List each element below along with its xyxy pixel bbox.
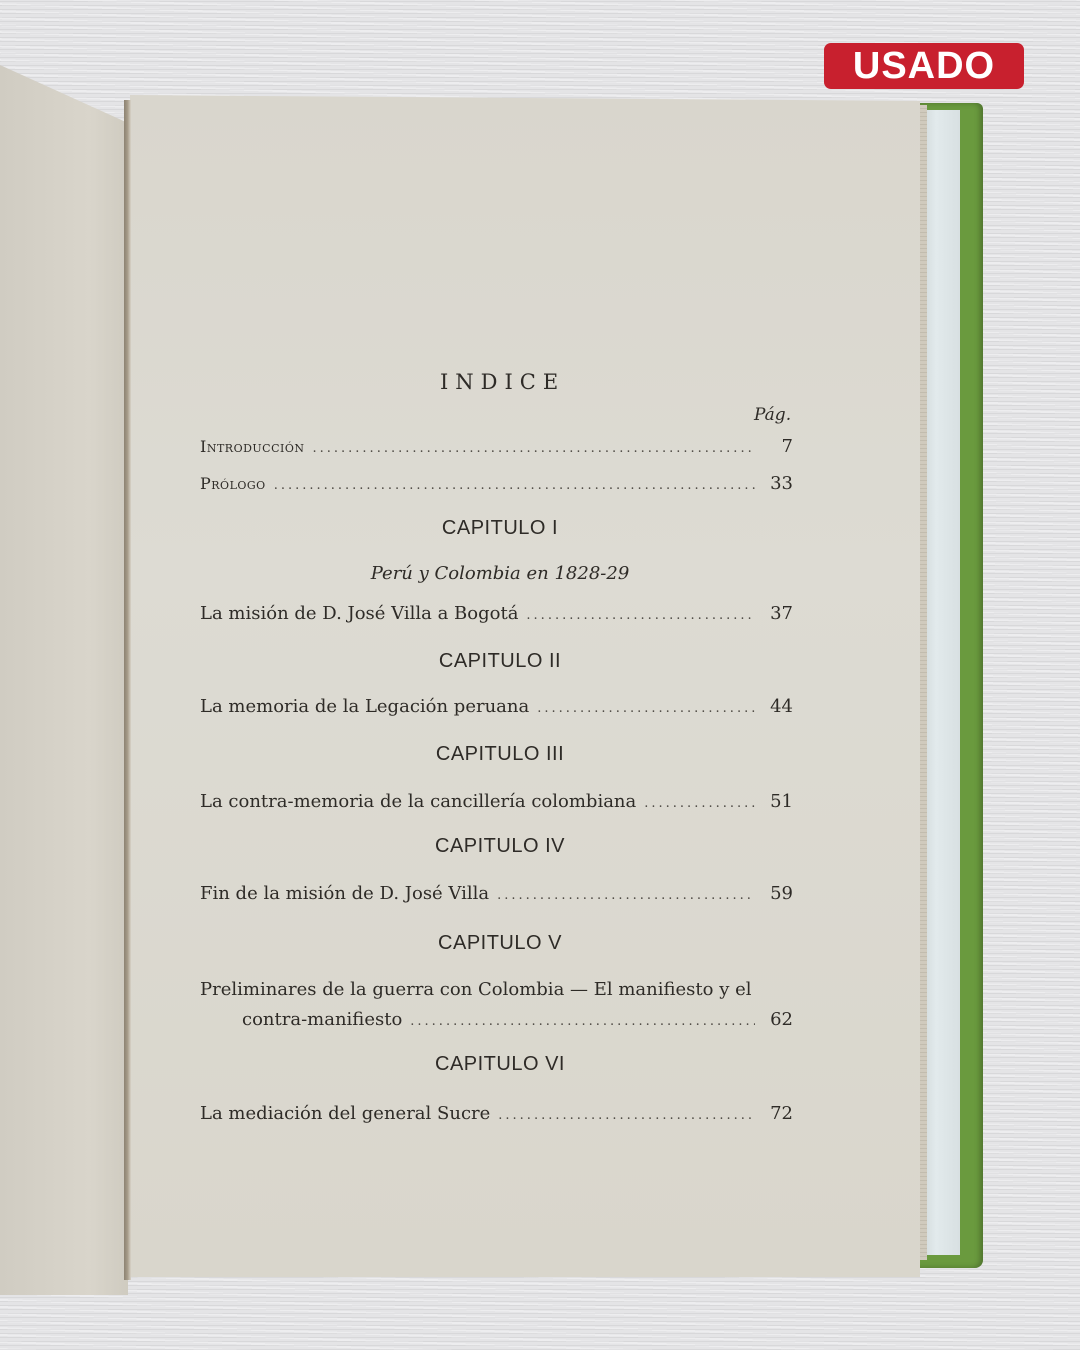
- entry-page: 7: [763, 436, 793, 457]
- dot-leader: ........................................…: [497, 888, 755, 903]
- dot-leader: ........................................…: [274, 478, 755, 493]
- dot-leader: ........................................…: [644, 796, 755, 811]
- chapter-heading-5: CAPITULO V: [200, 932, 800, 955]
- entry-label: Fin de la misión de D. José Villa: [200, 883, 489, 904]
- entry-page: 59: [763, 883, 793, 904]
- dot-leader: ........................................…: [313, 441, 756, 456]
- dot-leader: ........................................…: [526, 608, 755, 623]
- entry-label: La memoria de la Legación peruana: [200, 696, 529, 717]
- chapter-heading-4: CAPITULO IV: [200, 835, 800, 858]
- toc-entry: La contra-memoria de la cancillería colo…: [200, 791, 793, 812]
- entry-page: 44: [763, 696, 793, 717]
- entry-label: Preliminares de la guerra con Colombia —…: [200, 979, 752, 1000]
- entry-page: 72: [763, 1103, 793, 1124]
- chapter-heading-6: CAPITULO VI: [200, 1053, 800, 1076]
- entry-page: 62: [763, 1009, 793, 1030]
- toc-entry-line1: Preliminares de la guerra con Colombia —…: [200, 979, 793, 1000]
- toc-entry: La misión de D. José Villa a Bogotá ....…: [200, 603, 793, 624]
- chapter-heading-1: CAPITULO I: [200, 517, 800, 540]
- dot-leader: ........................................…: [537, 701, 755, 716]
- entry-label-continued: contra-manifiesto: [242, 1009, 402, 1030]
- page-title: INDICE: [440, 370, 565, 394]
- entry-label: Introducción: [200, 437, 305, 456]
- table-of-contents: INDICE Pág. Introducción ...............…: [0, 0, 1080, 1350]
- toc-entry: Fin de la misión de D. José Villa ......…: [200, 883, 793, 904]
- entry-label: Prólogo: [200, 474, 266, 493]
- toc-entry: La mediación del general Sucre .........…: [200, 1103, 793, 1124]
- entry-page: 51: [763, 791, 793, 812]
- chapter-heading-3: CAPITULO III: [200, 743, 800, 766]
- toc-entry-introduccion: Introducción ...........................…: [200, 436, 793, 457]
- chapter-heading-2: CAPITULO II: [200, 650, 800, 673]
- page-column-label: Pág.: [754, 405, 791, 425]
- entry-page: 33: [763, 473, 793, 494]
- dot-leader: ........................................…: [410, 1014, 755, 1029]
- entry-label: La mediación del general Sucre: [200, 1103, 490, 1124]
- chapter-subtitle-1: Perú y Colombia en 1828-29: [200, 563, 800, 584]
- toc-entry-prologo: Prólogo ................................…: [200, 473, 793, 494]
- entry-label: La contra-memoria de la cancillería colo…: [200, 791, 636, 812]
- toc-entry-line2: contra-manifiesto ......................…: [242, 1009, 793, 1030]
- dot-leader: ........................................…: [498, 1108, 755, 1123]
- entry-label: La misión de D. José Villa a Bogotá: [200, 603, 518, 624]
- toc-entry: La memoria de la Legación peruana ......…: [200, 696, 793, 717]
- entry-page: 37: [763, 603, 793, 624]
